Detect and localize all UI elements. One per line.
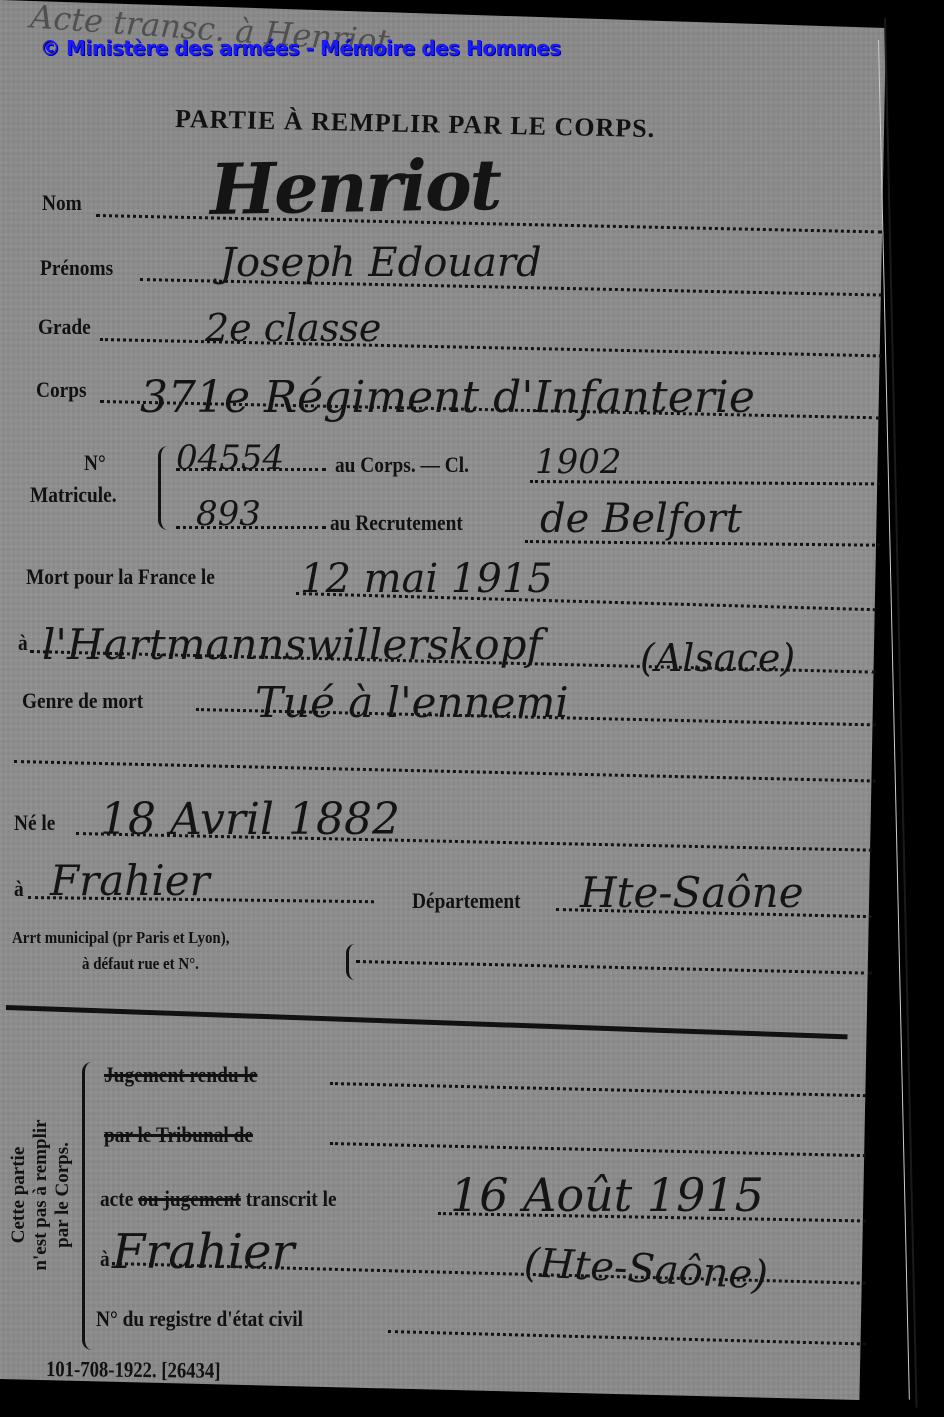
lieu-mort-region: (Alsace) — [640, 636, 795, 680]
matricule-recrutement-num-line — [176, 526, 326, 529]
acte-label-struck: ou jugement — [138, 1186, 241, 1211]
acte-value: 16 Août 1915 — [450, 1168, 764, 1222]
grade-value: 2e classe — [205, 306, 381, 350]
form-reference: 101-708-1922. [26434] — [46, 1356, 221, 1384]
registre-label: N° du registre d'état civil — [96, 1306, 303, 1332]
prenoms-value: Joseph Edouard — [220, 240, 542, 286]
naissance-value: 18 Avril 1882 — [100, 794, 400, 845]
card-right-edge — [884, 18, 918, 1408]
matricule-brace — [158, 446, 169, 530]
side-note: Cette partie n'est pas à remplir par le … — [8, 1080, 74, 1310]
jugement-label: Jugement rendu le — [104, 1062, 257, 1088]
acte-label-transcrit: transcrit le — [246, 1186, 337, 1211]
card-right-edge-inner — [878, 40, 910, 1400]
lieu-naissance-value: Frahier — [50, 856, 210, 905]
arrondissement-label-line2: à défaut rue et N°. — [82, 954, 199, 974]
genre-mort-value: Tué à l'ennemi — [255, 678, 569, 727]
nom-value: Henriot — [209, 143, 500, 231]
grade-label: Grade — [38, 314, 91, 340]
corps-value: 371e Régiment d'Infanterie — [140, 372, 755, 423]
matricule-recrutement-label: au Recrutement — [330, 510, 463, 536]
lieu-mort-label: à — [18, 630, 28, 656]
matricule-corps-label: au Corps. — Cl. — [335, 452, 469, 478]
transcription-lieu-label: à — [100, 1246, 110, 1272]
genre-mort-label: Genre de mort — [22, 688, 143, 714]
matricule-classe-value: 1902 — [535, 442, 622, 482]
matricule-recrutement-value: de Belfort — [540, 496, 742, 542]
arrondissement-brace — [346, 944, 355, 980]
matricule-corps-number: 04554 — [176, 438, 284, 478]
corps-label: Corps — [36, 377, 87, 403]
side-note-line2: n'est pas à remplir — [30, 1080, 52, 1310]
side-note-line3: par le Corps. — [52, 1080, 74, 1310]
acte-label: acte ou jugement transcrit le — [100, 1186, 337, 1212]
departement-value: Hte-Saône — [580, 868, 804, 917]
copyright-watermark: © Ministère des armées - Mémoire des Hom… — [40, 36, 561, 60]
departement-label: Département — [412, 888, 521, 914]
transcription-lieu-value: Frahier — [112, 1224, 294, 1280]
lower-section-brace — [82, 1062, 93, 1350]
matricule-corps-line — [176, 468, 326, 471]
matricule-label-line2: Matricule. — [30, 482, 117, 508]
acte-label-text: acte — [100, 1186, 133, 1211]
naissance-label: Né le — [14, 810, 55, 836]
nom-label: Nom — [42, 190, 82, 216]
lieu-mort-value: l'Hartmannswillerskopf — [42, 620, 542, 669]
side-note-line1: Cette partie — [8, 1080, 30, 1310]
mort-label: Mort pour la France le — [26, 564, 215, 590]
matricule-label-line1: N° — [84, 450, 106, 476]
tribunal-label: par le Tribunal de — [104, 1122, 253, 1148]
prenoms-label: Prénoms — [40, 255, 113, 281]
arrondissement-label-line1: Arrt municipal (pr Paris et Lyon), — [12, 928, 229, 948]
mort-value: 12 mai 1915 — [300, 556, 553, 602]
lieu-naissance-label: à — [14, 876, 24, 902]
